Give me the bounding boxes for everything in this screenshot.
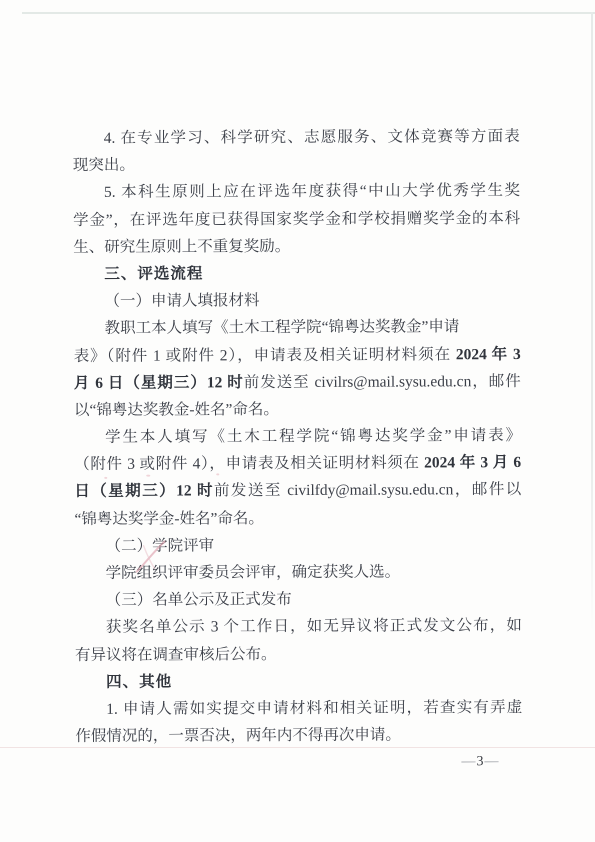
- section4-heading: 四、其他: [75, 667, 522, 696]
- other-item1-line2: 作假情况的，一票否决，两年内不得再次申请。: [75, 721, 522, 750]
- text-segment: 教职工本人填写《土木工程学院“锦粤达奖教金”申请: [105, 319, 460, 338]
- item5-line3: 生、研究生原则上不重复奖励。: [73, 232, 520, 261]
- staff-para-line3: 月 6 日（星期三）12 时前发送至 civilrs@mail.sysu.edu…: [74, 368, 521, 397]
- scan-ink-speck: [146, 475, 150, 477]
- page-number: —3—: [461, 753, 498, 771]
- text-segment: 作假情况的，一票否决，两年内不得再次申请。: [75, 727, 401, 745]
- staff-para-line4: 以“锦粤达奖教金-姓名”命名。: [74, 395, 521, 424]
- text-segment: 2024 年 3: [456, 346, 521, 363]
- text-segment: 学金”，在评选年度已获得国家奖学金和学校捐赠奖学金的本科: [73, 210, 520, 229]
- publish-para-line2: 有异议将在调查审核后公布。: [75, 640, 522, 669]
- item4-line1: 4. 在专业学习、科学研究、志愿服务、文体竞赛等方面表: [73, 123, 520, 152]
- staff-para-line2: 表》（附件 1 或附件 2），申请表及相关证明材料须在 2024 年 3: [74, 341, 521, 370]
- scan-content: 4. 在专业学习、科学研究、志愿服务、文体竞赛等方面表现突出。5. 本科生原则上…: [0, 0, 595, 842]
- scan-ink-speck: [104, 477, 107, 479]
- page-number-dash-left: —: [461, 754, 475, 769]
- text-segment: 日（星期三）12 时: [74, 483, 214, 501]
- text-segment: （附件 3 或附件 4），申请表及相关证明材料须在: [74, 455, 424, 474]
- page-number-value: 3: [475, 754, 484, 769]
- staff-para-line1: 教职工本人填写《土木工程学院“锦粤达奖教金”申请: [74, 313, 521, 342]
- text-segment: 生、研究生原则上不重复奖励。: [73, 238, 290, 256]
- text-segment: 学生本人填写《土木工程学院“锦粤达奖学金”申请表》: [105, 427, 521, 446]
- text-segment: 表》（附件 1 或附件 2），申请表及相关证明材料须在: [74, 346, 456, 365]
- section3-sub1: （一）申请人填报材料: [73, 286, 520, 315]
- pen-scribble-mark: [132, 538, 172, 576]
- text-segment: 有异议将在调查审核后公布。: [75, 646, 277, 664]
- text-segment: 现突出。: [73, 157, 135, 174]
- student-para-line2: （附件 3 或附件 4），申请表及相关证明材料须在 2024 年 3 月 6: [74, 449, 521, 478]
- text-segment: 2024 年 3 月 6: [424, 454, 521, 471]
- other-item1-line1: 1. 申请人需如实提交申请材料和相关证明，若查实有弄虚: [75, 694, 522, 723]
- email-text: civilrs@mail.sysu.edu.cn: [314, 373, 471, 391]
- text-segment: 前发送至: [244, 374, 315, 391]
- student-para-line4: “锦粤达奖学金-姓名”命名。: [74, 504, 521, 533]
- document-body: 4. 在专业学习、科学研究、志愿服务、文体竞赛等方面表现突出。5. 本科生原则上…: [73, 123, 523, 750]
- text-segment: 前发送至: [214, 482, 287, 499]
- email-text: civilfdy@mail.sysu.edu.cn: [287, 482, 453, 500]
- text-segment: 月 6 日（星期三）12 时: [74, 374, 244, 392]
- scan-ink-speck: [216, 473, 219, 475]
- publish-para-line1: 获奖名单公示 3 个工作日，如无异议将正式发文公布，如: [75, 612, 522, 641]
- text-segment: （一）申请人填报材料: [104, 292, 259, 310]
- student-para-line3: 日（星期三）12 时前发送至 civilfdy@mail.sysu.edu.cn…: [74, 476, 521, 505]
- text-segment: ，邮件: [471, 373, 521, 390]
- text-segment: （三）名单公示及正式发布: [106, 591, 292, 609]
- page-number-dash-right: —: [484, 754, 498, 769]
- text-segment: 以“锦粤达奖教金-姓名”命名。: [74, 401, 279, 419]
- item5-line1: 5. 本科生原则上应在评选年度获得“中山大学优秀学生奖: [73, 177, 520, 206]
- text-segment: 获奖名单公示 3 个工作日，如无异议将正式发文公布，如: [106, 617, 522, 636]
- text-segment: 4. 在专业学习、科学研究、志愿服务、文体竞赛等方面表: [104, 128, 520, 147]
- section3-sub3: （三）名单公示及正式发布: [75, 585, 522, 614]
- text-segment: ，邮件以: [453, 481, 521, 498]
- text-segment: 三、评选流程: [104, 265, 203, 282]
- scanned-document-page: 4. 在专业学习、科学研究、志愿服务、文体竞赛等方面表现突出。5. 本科生原则上…: [0, 0, 595, 842]
- text-segment: “锦粤达奖学金-姓名”命名。: [74, 510, 263, 528]
- text-segment: 5. 本科生原则上应在评选年度获得“中山大学优秀学生奖: [104, 182, 520, 201]
- item5-line2: 学金”，在评选年度已获得国家奖学金和学校捐赠奖学金的本科: [73, 205, 520, 234]
- text-segment: 1. 申请人需如实提交申请材料和相关证明，若查实有弄虚: [106, 699, 522, 718]
- student-para-line1: 学生本人填写《土木工程学院“锦粤达奖学金”申请表》: [74, 422, 521, 451]
- section3-heading: 三、评选流程: [73, 259, 520, 288]
- text-segment: 四、其他: [106, 673, 172, 690]
- item4-line2: 现突出。: [73, 150, 520, 179]
